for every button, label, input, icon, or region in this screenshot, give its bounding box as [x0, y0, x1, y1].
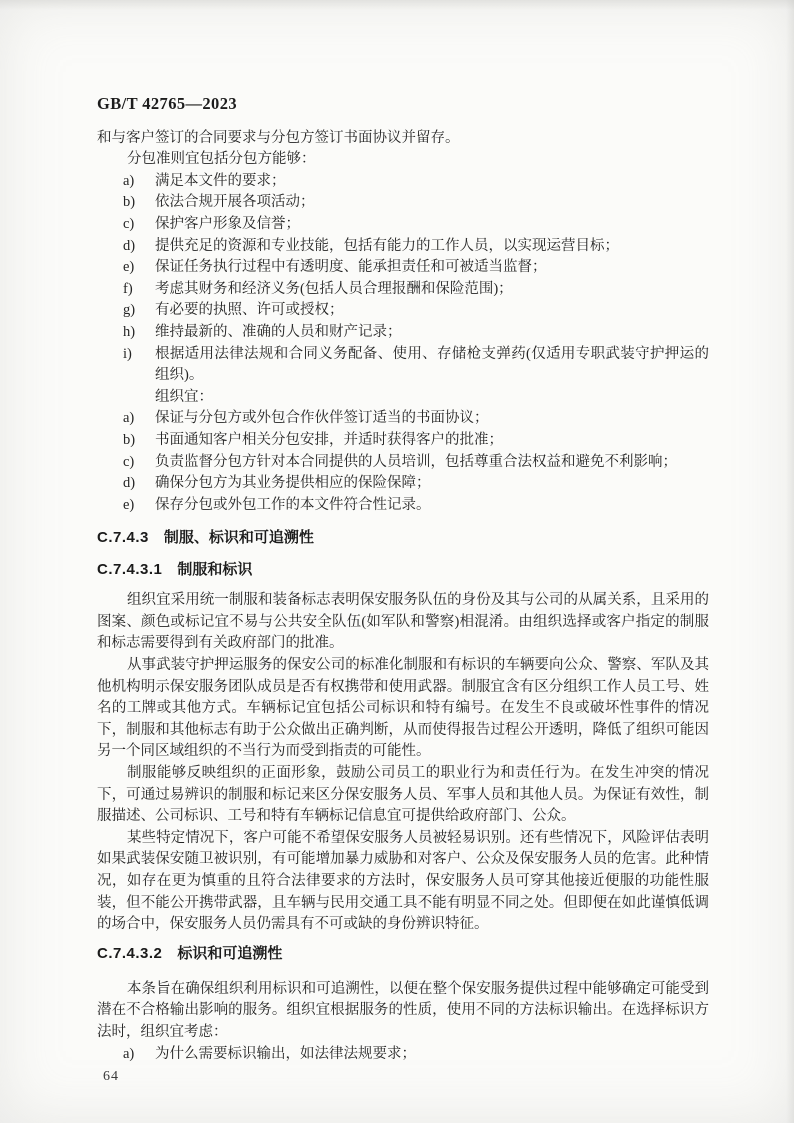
list-item-text: 负责监督分包方针对本合同提供的人员培训，包括尊重合法权益和避免不利影响；	[155, 454, 677, 470]
list-item-text: 有必要的执照、许可或授权；	[155, 302, 344, 318]
list-item-marker: c)	[123, 214, 134, 236]
clause-title: 标识和可追溯性	[177, 945, 282, 962]
paragraph-uniforms-2: 从事武装守护押运服务的保安公司的标准化制服和有标识的车辆要向公众、警察、军队及其…	[97, 655, 709, 763]
clause-number: C.7.4.3.2	[97, 943, 162, 965]
clause-heading-c7431: C.7.4.3.1制服和标识	[97, 559, 709, 581]
clause-heading-c7432: C.7.4.3.2标识和可追溯性	[97, 943, 709, 965]
list-item-marker: e)	[123, 495, 134, 517]
clause-title: 制服、标识和可追溯性	[164, 529, 314, 546]
list-item: a) 满足本文件的要求；	[97, 171, 709, 193]
document-page: GB/T 42765—2023 和与客户签订的合同要求与分包方签订书面协议并留存…	[0, 0, 794, 1123]
list-item-marker: i)	[123, 344, 132, 366]
document-number-header: GB/T 42765—2023	[97, 93, 709, 115]
paragraph-continuation: 和与客户签订的合同要求与分包方签订书面协议并留存。	[97, 128, 709, 150]
list-item-marker: g)	[123, 300, 135, 322]
list-item-text: 保证任务执行过程中有透明度、能承担责任和可被适当监督；	[155, 259, 547, 275]
organization-should-list: a) 保证与分包方或外包合作伙伴签订适当的书面协议； b) 书面通知客户相关分包…	[97, 408, 709, 516]
list-item: b) 依法合规开展各项活动；	[97, 192, 709, 214]
list-item-text: 提供充足的资源和专业技能，包括有能力的工作人员，以实现运营目标；	[155, 238, 619, 254]
clause-number: C.7.4.3	[97, 527, 149, 549]
list-item-marker: a)	[123, 408, 134, 430]
subcontracting-criteria-list: a) 满足本文件的要求； b) 依法合规开展各项活动； c) 保护客户形象及信誉…	[97, 171, 709, 387]
list-item-marker: d)	[123, 236, 135, 258]
clause-heading-c743: C.7.4.3制服、标识和可追溯性	[97, 527, 709, 549]
list-item-text: 满足本文件的要求；	[155, 173, 286, 189]
list1-intro: 分包准则宜包括分包方能够：	[97, 149, 709, 171]
list-item-marker: d)	[123, 473, 135, 495]
list-item-marker: b)	[123, 430, 135, 452]
list-item-marker: a)	[123, 1044, 134, 1066]
list-item: f) 考虑其财务和经济义务(包括人员合理报酬和保险范围)；	[97, 279, 709, 301]
paragraph-uniforms-1: 组织宜采用统一制服和装备标志表明保安服务队伍的身份及其与公司的从属关系，且采用的…	[97, 590, 709, 655]
list-item-marker: c)	[123, 452, 134, 474]
list-item-text: 维持最新的、准确的人员和财产记录；	[155, 324, 402, 340]
list-item-text: 保证与分包方或外包合作伙伴签订适当的书面协议；	[155, 410, 489, 426]
list-item: e) 保存分包或外包工作的本文件符合性记录。	[97, 495, 709, 517]
list-item: h) 维持最新的、准确的人员和财产记录；	[97, 322, 709, 344]
list-item-marker: e)	[123, 257, 134, 279]
list-item-text: 保存分包或外包工作的本文件符合性记录。	[155, 497, 431, 513]
scan-shading-right	[786, 0, 794, 1123]
list-item: c) 负责监督分包方针对本合同提供的人员培训，包括尊重合法权益和避免不利影响；	[97, 452, 709, 474]
list-item: c) 保护客户形象及信誉；	[97, 214, 709, 236]
list-item-text: 为什么需要标识输出，如法律法规要求；	[155, 1046, 416, 1062]
list-item: d) 提供充足的资源和专业技能，包括有能力的工作人员，以实现运营目标；	[97, 236, 709, 258]
list-item: d) 确保分包方为其业务提供相应的保险保障；	[97, 473, 709, 495]
paragraph-uniforms-4: 某些特定情况下，客户可能不希望保安服务人员被轻易识别。还有些情况下，风险评估表明…	[97, 828, 709, 936]
clause-number: C.7.4.3.1	[97, 559, 162, 581]
list-item: a) 保证与分包方或外包合作伙伴签订适当的书面协议；	[97, 408, 709, 430]
list-item-text: 依法合规开展各项活动；	[155, 194, 315, 210]
identification-considerations-list: a) 为什么需要标识输出，如法律法规要求；	[97, 1044, 709, 1066]
list-item: i) 根据适用法律法规和合同义务配备、使用、存储枪支弹药(仅适用专职武装守护押运…	[97, 344, 709, 387]
list-item-marker: h)	[123, 322, 135, 344]
list-item-text: 考虑其财务和经济义务(包括人员合理报酬和保险范围)；	[155, 281, 513, 297]
list-item-marker: a)	[123, 171, 134, 193]
list2-intro: 组织宜：	[155, 387, 709, 409]
list-item-marker: f)	[123, 279, 133, 301]
list-item-marker: b)	[123, 192, 135, 214]
list-item-text: 根据适用法律法规和合同义务配备、使用、存储枪支弹药(仅适用专职武装守护押运的组织…	[155, 346, 709, 384]
list-item: e) 保证任务执行过程中有透明度、能承担责任和可被适当监督；	[97, 257, 709, 279]
list-item-text: 保护客户形象及信誉；	[155, 216, 300, 232]
list-item: a) 为什么需要标识输出，如法律法规要求；	[97, 1044, 709, 1066]
paragraph-traceability: 本条旨在确保组织利用标识和可追溯性，以便在整个保安服务提供过程中能够确定可能受到…	[97, 979, 709, 1044]
scan-shading-top	[0, 0, 794, 10]
list-item: b) 书面通知客户相关分包安排，并适时获得客户的批准；	[97, 430, 709, 452]
page-number: 64	[103, 1066, 709, 1088]
list-item: g) 有必要的执照、许可或授权；	[97, 300, 709, 322]
list-item-text: 确保分包方为其业务提供相应的保险保障；	[155, 475, 431, 491]
paragraph-uniforms-3: 制服能够反映组织的正面形象，鼓励公司员工的职业行为和责任行为。在发生冲突的情况下…	[97, 763, 709, 828]
list-item-text: 书面通知客户相关分包安排，并适时获得客户的批准；	[155, 432, 503, 448]
clause-title: 制服和标识	[177, 561, 252, 578]
